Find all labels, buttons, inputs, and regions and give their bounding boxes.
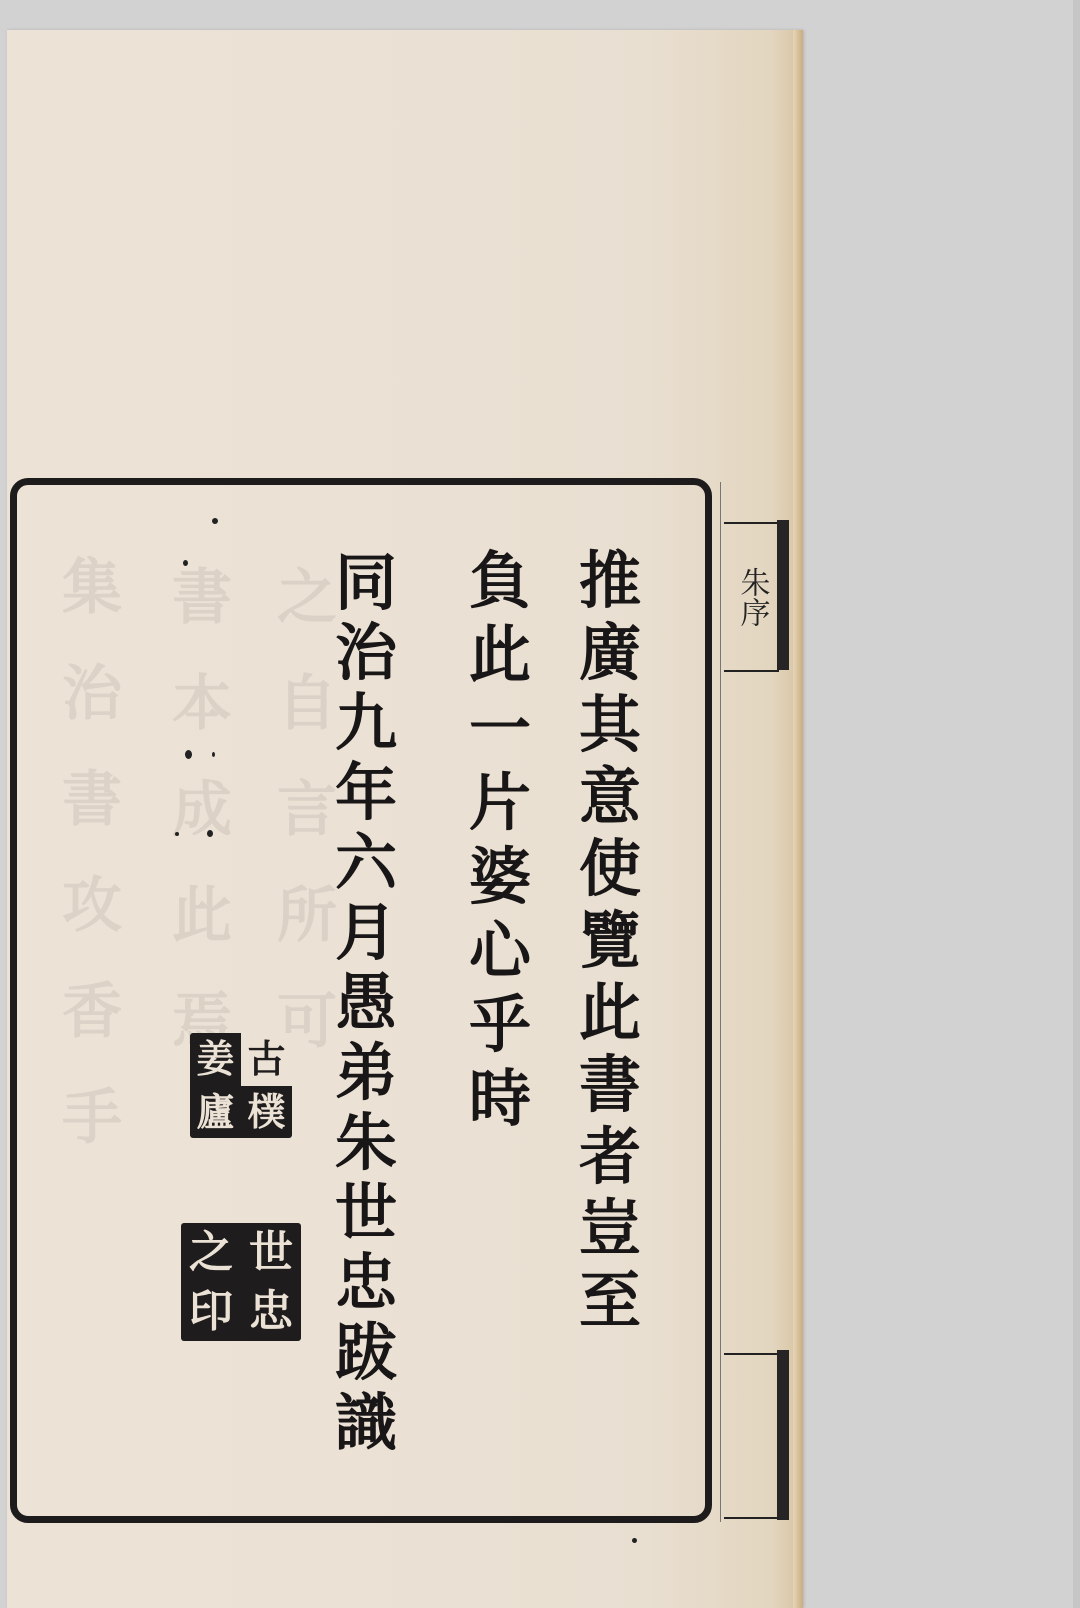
seal-stamp-2: 世 忠 之 印 — [181, 1223, 301, 1341]
fold-margin-box-bottom — [724, 1353, 779, 1519]
ink-speck — [175, 832, 179, 836]
section-label-box: 朱序 — [724, 522, 779, 672]
section-label: 朱序 — [734, 567, 770, 627]
ink-speck — [207, 830, 213, 837]
scrollbar[interactable] — [1073, 0, 1080, 1608]
text-column-3-date-signature: 同 治 九 年 六 月 愚 弟 朱 世 忠 跋 識 — [335, 552, 397, 1454]
text-column-1: 推 廣 其 意 使 覽 此 書 者 豈 至 — [579, 550, 641, 1332]
text-column-2: 負 此 一 片 婆 心 乎 時 — [469, 550, 531, 1130]
frame-divider — [720, 482, 721, 1522]
seal-stamp-1: 古 樸 姜 廬 — [190, 1033, 292, 1138]
book-page: 集 治 書 攻 香 手 書 本 成 此 焉 之 自 言 所 可 推 廣 其 意 … — [7, 30, 803, 1608]
ink-speck — [212, 752, 215, 757]
ink-speck — [185, 750, 192, 759]
ink-speck — [183, 560, 188, 566]
page-edge — [793, 30, 803, 1608]
fishtail-bar-bottom — [777, 1350, 789, 1520]
ink-speck — [632, 1538, 637, 1543]
ink-speck — [212, 518, 218, 524]
fishtail-bar-top — [777, 520, 789, 670]
